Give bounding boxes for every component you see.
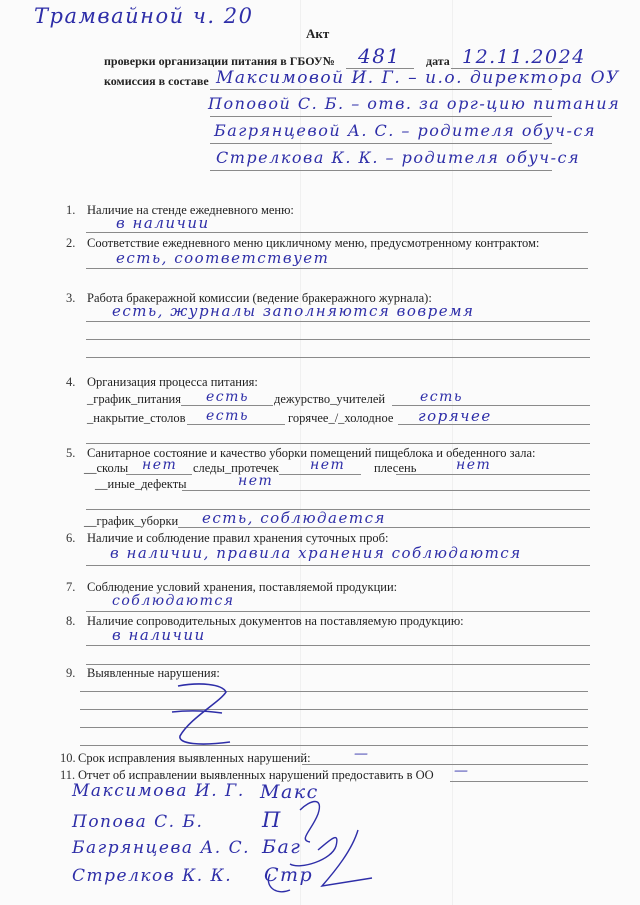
meal-schedule-value: есть (206, 389, 249, 405)
mold-value: нет (456, 457, 491, 473)
chips-value: нет (142, 457, 177, 473)
q10-answer: — (354, 746, 370, 762)
item-number: 5. (66, 446, 75, 461)
item-number: 4. (66, 375, 75, 390)
signature-name-4: Стрелков К. К. (72, 866, 232, 886)
leaks-value: нет (310, 457, 345, 473)
item-number: 1. (66, 203, 75, 218)
table-setting-label: _накрытие_столов (87, 411, 185, 426)
chips-label: __сколы (84, 461, 128, 476)
school-number: 481 (358, 44, 401, 68)
hot-cold-value: горячее (418, 407, 492, 425)
signature-name-1: Максимова И. Г. (72, 781, 245, 801)
document-title: Акт (306, 26, 329, 42)
item-number: 9. (66, 666, 75, 681)
q10-label: Срок исправления выявленных нарушений: (78, 751, 311, 766)
cleaning-schedule-value: есть, соблюдается (202, 509, 386, 527)
teacher-duty-label: дежурство_учителей (274, 392, 385, 407)
signature-flourishes (240, 790, 380, 902)
q9-label: Выявленные нарушения: (87, 666, 220, 681)
commission-member-4: Стрелкова К. К. – родителя обуч-ся (216, 148, 580, 167)
q3-answer: есть, журналы заполняются вовремя (112, 302, 474, 320)
handwritten-address: Трамвайной ч. 20 (34, 4, 253, 28)
item-number: 2. (66, 236, 75, 251)
item-number: 7. (66, 580, 75, 595)
table-setting-value: есть (206, 408, 249, 424)
commission-member-2: Поповой С. Б. – отв. за орг-цию питания (208, 94, 620, 113)
teacher-duty-value: есть (420, 389, 463, 405)
date-value: 12.11.2024 (462, 46, 586, 68)
item-number: 3. (66, 291, 75, 306)
hot-cold-label: горячее_/_холодное (288, 411, 393, 426)
commission-label: комиссия в составе (104, 74, 209, 89)
other-defects-value: нет (238, 473, 273, 489)
signature-name-3: Багрянцева А. С. (72, 838, 250, 858)
q6-answer: в наличии, правила хранения соблюдаются (110, 544, 522, 562)
q7-answer: соблюдаются (112, 593, 234, 609)
item-number: 8. (66, 614, 75, 629)
item-number: 6. (66, 531, 75, 546)
date-label: дата (426, 54, 450, 69)
q2-answer: есть, соответствует (116, 249, 329, 267)
z-strikeout-mark (160, 680, 250, 750)
signature-name-2: Попова С. Б. (72, 812, 203, 832)
commission-member-3: Багрянцевой А. С. – родителя обуч-ся (214, 121, 596, 140)
meal-schedule-label: _график_питания (87, 392, 181, 407)
q8-answer: в наличии (112, 626, 206, 644)
inspection-label: проверки организации питания в ГБОУ№ (104, 54, 335, 69)
q4-label: Организация процесса питания: (87, 375, 258, 390)
q11-answer: — (454, 763, 470, 779)
q1-answer: в наличии (116, 214, 210, 232)
commission-member-1: Максимовой И. Г. – и.о. директора ОУ (216, 68, 620, 88)
item-number: 10. (60, 751, 76, 766)
cleaning-schedule-label: __график_уборки (84, 514, 178, 529)
other-defects-label: __иные_дефекты (95, 477, 187, 492)
